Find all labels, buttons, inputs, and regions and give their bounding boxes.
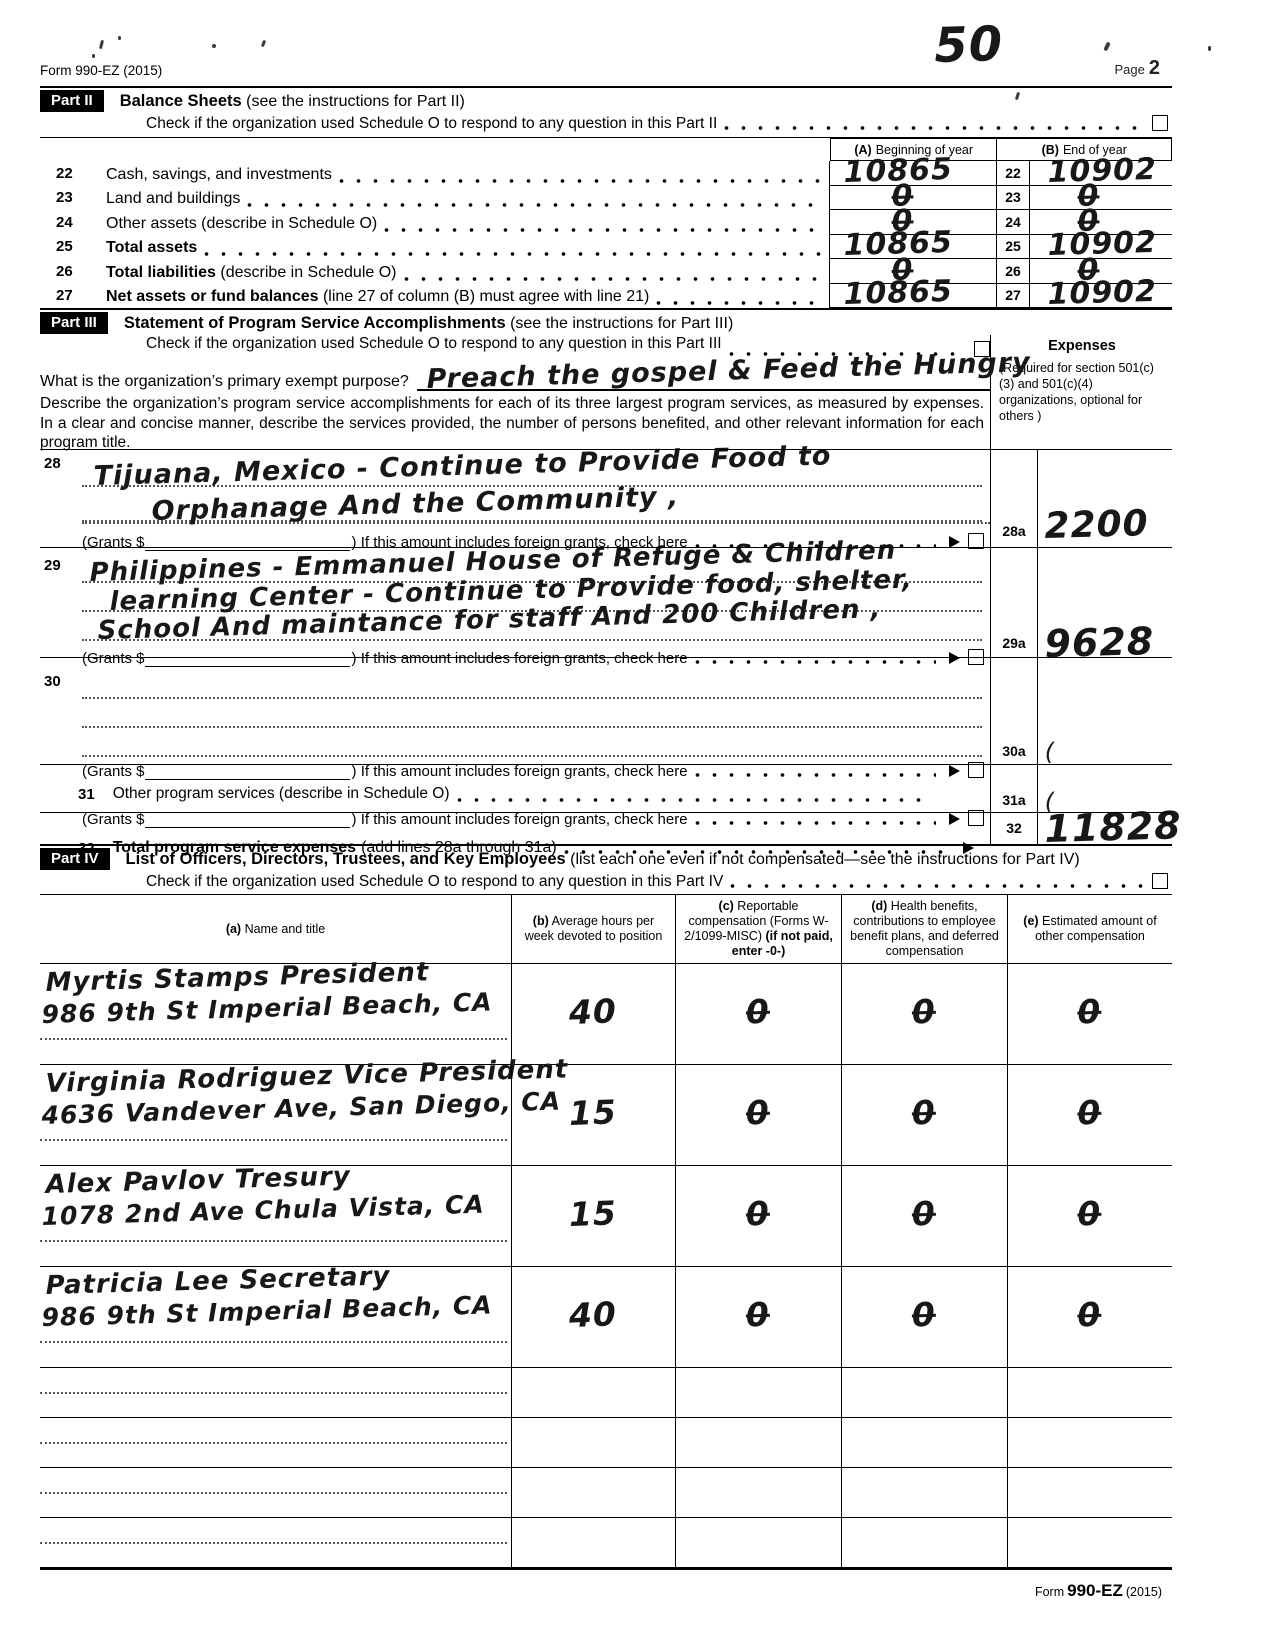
line-30-region: 30 (Grants $ ) If this amount includes f… (40, 670, 990, 783)
line-label: (add lines 28a through 31a) (361, 839, 557, 857)
grants-line-30: (Grants $ ) If this amount includes fore… (40, 757, 990, 783)
line-31-label-row: 31 Other program services (describe in S… (40, 783, 990, 807)
line-32-row: 32 Total program service expenses (add l… (40, 831, 990, 863)
benefits-cell[interactable] (841, 1468, 1007, 1517)
handwritten-value: 0 (841, 992, 1007, 1031)
dot-leader (695, 766, 936, 779)
handwritten-value: 0 (1007, 992, 1172, 1031)
hours-cell[interactable] (511, 1518, 675, 1567)
line-number: 22 (56, 165, 84, 182)
officer-row-empty (40, 1368, 1172, 1418)
hours-cell[interactable] (511, 1368, 675, 1417)
table-row-line-25: 25 Total assets 10865 25 10902 (40, 235, 1172, 260)
form-id-label: Form 990-EZ (2015) (40, 63, 162, 78)
grants-text: ) If this amount includes foreign grants… (352, 811, 688, 828)
column-header-name: (a) Name and title (40, 895, 511, 963)
handwritten-value: 0 (841, 1194, 1007, 1233)
handwritten-value: 0 (675, 1295, 841, 1334)
line-label: Net assets or fund balances (line 27 of … (106, 285, 649, 306)
benefits-cell[interactable]: 0 (841, 1065, 1007, 1165)
handwritten-value: 0 (1007, 1194, 1172, 1233)
grants-prefix: (Grants $ (82, 763, 145, 780)
dot-leader (247, 196, 822, 209)
write-line[interactable]: Tijuana, Mexico - Continue to Provide Fo… (82, 452, 982, 487)
grants-prefix: (Grants $ (82, 534, 145, 551)
grants-text: ) If this amount includes foreign grants… (352, 650, 688, 667)
part-3-check-label: Check if the organization used Schedule … (146, 335, 722, 359)
page-word: Page (1115, 62, 1145, 77)
line-tag: 30a (991, 738, 1037, 764)
benefits-cell[interactable]: 0 (841, 1267, 1007, 1367)
name-cell[interactable]: Virginia Rodriguez Vice President 4636 V… (40, 1065, 511, 1165)
line-tag: 28a (991, 515, 1037, 547)
officer-row-empty (40, 1518, 1172, 1567)
hours-cell[interactable]: 15 (511, 1065, 675, 1165)
footer-form-year: (2015) (1126, 1585, 1162, 1599)
line-number: 27 (56, 287, 84, 304)
handwritten-value: 0 (1007, 1093, 1172, 1132)
line-number-box: 27 (996, 284, 1029, 309)
line-29a-box: 29a 9628 (991, 628, 1173, 657)
benefits-cell[interactable] (841, 1418, 1007, 1467)
table-row-line-22: 22 Cash, savings, and investments 10865 … (40, 161, 1172, 186)
officer-row-empty (40, 1418, 1172, 1468)
part-2-title: Balance Sheets (see the instructions for… (120, 90, 465, 111)
handwritten-amount: 2200 (1044, 506, 1149, 545)
handwritten-value: 0 (841, 1295, 1007, 1334)
hours-cell[interactable] (511, 1418, 675, 1467)
line-29-region: 29 Philippines - Emmanuel House of Refug… (40, 554, 990, 670)
dot-leader (457, 791, 923, 804)
page-footer: Form990-EZ(2015) (1035, 1581, 1162, 1601)
part-3-header: Part III Statement of Program Service Ac… (40, 310, 1172, 335)
dot-leader (724, 119, 1145, 132)
other-comp-cell[interactable]: 0 (1007, 1166, 1172, 1266)
dot-leader (339, 172, 822, 185)
line-number: 31 (78, 786, 95, 803)
handwritten-value: 0 (841, 1093, 1007, 1132)
compensation-cell[interactable]: 0 (675, 1065, 841, 1165)
name-cell[interactable] (40, 1368, 511, 1417)
pointer-arrow-icon (949, 813, 960, 825)
handwritten-value: 0 (1007, 1295, 1172, 1334)
compensation-cell[interactable] (675, 1468, 841, 1517)
name-cell[interactable]: Patricia Lee Secretary 986 9th St Imperi… (40, 1267, 511, 1367)
compensation-cell[interactable]: 0 (675, 964, 841, 1064)
dot-leader (695, 653, 936, 666)
line-number: 28 (44, 455, 61, 472)
pointer-arrow-icon (949, 765, 960, 777)
line-label: Cash, savings, and investments (106, 163, 332, 184)
line-number-box: 22 (996, 161, 1029, 186)
footer-form-word: Form (1035, 1585, 1064, 1599)
other-comp-cell[interactable] (1007, 1518, 1172, 1567)
part-2-badge: Part II (40, 90, 104, 112)
line-number-box: 24 (996, 210, 1029, 235)
grants-line-29: (Grants $ ) If this amount includes fore… (40, 641, 990, 670)
page-number-value: 2 (1149, 57, 1160, 79)
handwritten-name: Alex Pavlov Tresury (45, 1163, 351, 1198)
dot-leader (384, 221, 822, 234)
primary-purpose-row: What is the organization’s primary exemp… (40, 359, 990, 394)
officer-row: Virginia Rodriguez Vice President 4636 V… (40, 1065, 1172, 1166)
part-2-check-label: Check if the organization used Schedule … (146, 115, 717, 133)
dot-leader (730, 877, 1145, 890)
grants-prefix: (Grants $ (82, 650, 145, 667)
expenses-column: Expenses (Required for section 501(c)(3)… (990, 335, 1173, 844)
handwritten-value: 10902 (1047, 228, 1157, 261)
divider (40, 812, 1172, 813)
handwritten-mark: ( (1044, 740, 1055, 764)
dotted-rule (40, 1038, 507, 1040)
handwritten-hours: 15 (511, 1194, 675, 1233)
line-number: 26 (56, 263, 84, 280)
value-cell-a: 10865 (829, 284, 996, 309)
line-number: 30 (44, 673, 61, 690)
benefits-cell[interactable]: 0 (841, 1166, 1007, 1266)
spacer (40, 138, 830, 161)
name-cell[interactable] (40, 1468, 511, 1517)
name-cell[interactable] (40, 1518, 511, 1567)
write-line[interactable] (82, 670, 982, 699)
grants-text: ) If this amount includes foreign grants… (352, 763, 688, 780)
handwritten-value: 0 (675, 1194, 841, 1233)
grants-amount-field[interactable] (145, 534, 350, 551)
table-row-line-27: 27 Net assets or fund balances (line 27 … (40, 284, 1172, 309)
line-tag: 32 (991, 812, 1037, 844)
handwritten-hours: 40 (511, 1295, 675, 1334)
ink-mark (1208, 46, 1211, 51)
grants-amount-field[interactable] (145, 650, 350, 667)
other-comp-cell[interactable]: 0 (1007, 1267, 1172, 1367)
compensation-cell[interactable]: 0 (675, 1166, 841, 1266)
line-number: 24 (56, 214, 84, 231)
divider (40, 764, 1172, 765)
column-header-compensation: (c) Reportable compensation (Forms W-2/1… (675, 895, 841, 963)
other-comp-cell[interactable]: 0 (1007, 964, 1172, 1064)
value-cell-b: 0 (1029, 186, 1172, 211)
line-label: Land and buildings (106, 187, 240, 208)
line-number-box: 26 (996, 259, 1029, 284)
grants-amount-field[interactable] (145, 811, 350, 828)
column-header-benefits: (d) Health benefits, contributions to em… (841, 895, 1007, 963)
dot-leader (564, 843, 950, 856)
benefits-cell[interactable] (841, 1518, 1007, 1567)
divider (40, 657, 1172, 658)
name-cell[interactable]: Myrtis Stamps President 986 9th St Imper… (40, 964, 511, 1064)
purpose-answer-field[interactable]: Preach the gospel & Feed the Hungry (417, 369, 990, 391)
line-number-box: 25 (996, 235, 1029, 260)
line-label: Other program services (describe in Sche… (113, 785, 450, 803)
other-comp-cell[interactable] (1007, 1368, 1172, 1417)
handwritten-name: Patricia Lee Secretary (45, 1263, 390, 1299)
part-2-title-note: (see the instructions for Part II) (246, 93, 465, 110)
dotted-rule (40, 1492, 507, 1494)
dotted-rule (40, 1392, 507, 1394)
part-3-title: Statement of Program Service Accomplishm… (124, 312, 733, 333)
officers-table: (a) Name and title (b) Average hours per… (40, 894, 1172, 1570)
part-3-main: Check if the organization used Schedule … (40, 335, 990, 863)
line-label: Other assets (describe in Schedule O) (106, 212, 377, 233)
officer-row: Patricia Lee Secretary 986 9th St Imperi… (40, 1267, 1172, 1368)
line-number: 29 (44, 557, 61, 574)
line-number: 25 (56, 238, 84, 255)
compensation-cell[interactable] (675, 1368, 841, 1417)
purpose-question: What is the organization’s primary exemp… (40, 373, 409, 391)
part-3-badge: Part III (40, 312, 108, 334)
pointer-arrow-icon (949, 652, 960, 664)
grants-amount-field[interactable] (145, 763, 350, 780)
dot-leader (404, 270, 823, 283)
dotted-rule (40, 1442, 507, 1444)
other-comp-cell[interactable]: 0 (1007, 1065, 1172, 1165)
write-line[interactable] (82, 728, 982, 757)
part-3-title-text: Statement of Program Service Accomplishm… (124, 314, 506, 332)
footer-form-number: 990-EZ (1067, 1581, 1123, 1600)
line-number: 32 (78, 840, 95, 857)
officers-table-header: (a) Name and title (b) Average hours per… (40, 895, 1172, 964)
part-2-title-text: Balance Sheets (120, 92, 242, 110)
value-cell-b: 10902 (1029, 235, 1172, 260)
part-2-header: Part II Balance Sheets (see the instruct… (40, 88, 1172, 113)
part-4-check-label: Check if the organization used Schedule … (146, 873, 723, 891)
line-label-strong: Total liabilities (106, 264, 216, 281)
handwritten-text: Orphanage And the Community , (151, 483, 679, 525)
line-28a-box: 28a 2200 (991, 515, 1173, 547)
column-header-hours: (b) Average hours per week devoted to po… (511, 895, 675, 963)
part-3-body: Expenses (Required for section 501(c)(3)… (40, 335, 1172, 844)
dotted-rule (40, 1542, 507, 1544)
name-cell[interactable]: Alex Pavlov Tresury 1078 2nd Ave Chula V… (40, 1166, 511, 1266)
pointer-arrow-icon (963, 842, 974, 854)
line-number-box: 23 (996, 186, 1029, 211)
write-line[interactable]: School And maintance for staff And 200 C… (82, 612, 982, 641)
line-label-strong: Total program service expenses (113, 839, 356, 857)
dot-leader (204, 245, 822, 258)
describe-instructions: Describe the organization’s program serv… (40, 394, 990, 452)
benefits-cell[interactable]: 0 (841, 964, 1007, 1064)
dotted-rule (40, 1139, 507, 1141)
line-30a-box: 30a ( (991, 738, 1173, 764)
page-number: Page2 (1115, 57, 1161, 80)
part-3-section: Part III Statement of Program Service Ac… (40, 308, 1172, 844)
part-4-schedule-o-checkbox[interactable] (1152, 873, 1168, 889)
hours-cell[interactable] (511, 1468, 675, 1517)
handwritten-hours: 15 (511, 1093, 675, 1132)
table-row-line-26: 26 Total liabilities (describe in Schedu… (40, 259, 1172, 284)
line-label-strong: Total assets (106, 239, 197, 256)
line-label-strong: Net assets or fund balances (106, 288, 319, 305)
dot-leader (695, 814, 936, 827)
handwritten-value: 10865 (843, 277, 953, 310)
hours-cell[interactable]: 15 (511, 1166, 675, 1266)
part-4-section: Part IV List of Officers, Directors, Tru… (40, 844, 1172, 1570)
dotted-rule (40, 1341, 507, 1343)
value-cell-b: 10902 (1029, 284, 1172, 309)
divider (40, 449, 1172, 450)
form-page: Form 990-EZ (2015) 50 Page2 Part II Bala… (40, 0, 1172, 1570)
handwritten-value: 0 (675, 1093, 841, 1132)
compensation-cell[interactable] (675, 1418, 841, 1467)
line-label: Total liabilities (describe in Schedule … (106, 261, 397, 282)
other-comp-cell[interactable] (1007, 1418, 1172, 1467)
part-2-section: Part II Balance Sheets (see the instruct… (40, 86, 1172, 308)
value-cell-b: 10902 (1029, 161, 1172, 186)
dotted-rule (40, 1240, 507, 1242)
compensation-cell[interactable] (675, 1518, 841, 1567)
line-32-box: 32 11828 (991, 812, 1173, 844)
line-number: 23 (56, 189, 84, 206)
handwritten-value: 0 (675, 992, 841, 1031)
officer-row: Alex Pavlov Tresury 1078 2nd Ave Chula V… (40, 1166, 1172, 1267)
table-row-line-23: 23 Land and buildings 0 23 0 (40, 186, 1172, 211)
grants-line-31: (Grants $ ) If this amount includes fore… (40, 807, 990, 831)
line-31-region: 31 Other program services (describe in S… (40, 783, 990, 831)
column-header-other-comp: (e) Estimated amount of other compensati… (1007, 895, 1172, 963)
dot-leader (656, 294, 822, 307)
line-label: Total assets (106, 236, 197, 257)
balance-sheet-column-headers: (A) Beginning of year (B) End of year (40, 138, 1172, 161)
other-comp-cell[interactable] (1007, 1468, 1172, 1517)
handwritten-hours: 40 (511, 992, 675, 1031)
write-line[interactable]: Orphanage And the Community , (82, 487, 982, 522)
table-row-line-24: 24 Other assets (describe in Schedule O)… (40, 210, 1172, 235)
part-2-schedule-o-checkbox[interactable] (1152, 115, 1168, 131)
part-2-schedule-o-row: Check if the organization used Schedule … (40, 113, 1172, 138)
page-header: Form 990-EZ (2015) 50 Page2 (40, 0, 1172, 86)
grants-prefix: (Grants $ (82, 811, 145, 828)
officer-row-empty (40, 1468, 1172, 1518)
part-3-title-note: (see the instructions for Part III) (510, 315, 733, 332)
handwritten-page-mark: 50 (934, 20, 1004, 70)
part-4-schedule-o-row: Check if the organization used Schedule … (40, 871, 1172, 894)
handwritten-value: 10902 (1047, 154, 1157, 187)
divider (40, 547, 1172, 548)
line-tag: 31a (991, 788, 1037, 812)
handwritten-value: 10902 (1047, 277, 1157, 310)
hours-cell[interactable]: 40 (511, 1267, 675, 1367)
benefits-cell[interactable] (841, 1368, 1007, 1417)
hours-cell[interactable]: 40 (511, 964, 675, 1064)
write-line[interactable] (82, 699, 982, 728)
officer-row: Myrtis Stamps President 986 9th St Imper… (40, 964, 1172, 1065)
compensation-cell[interactable]: 0 (675, 1267, 841, 1367)
name-cell[interactable] (40, 1418, 511, 1467)
line-tag: 29a (991, 628, 1037, 657)
